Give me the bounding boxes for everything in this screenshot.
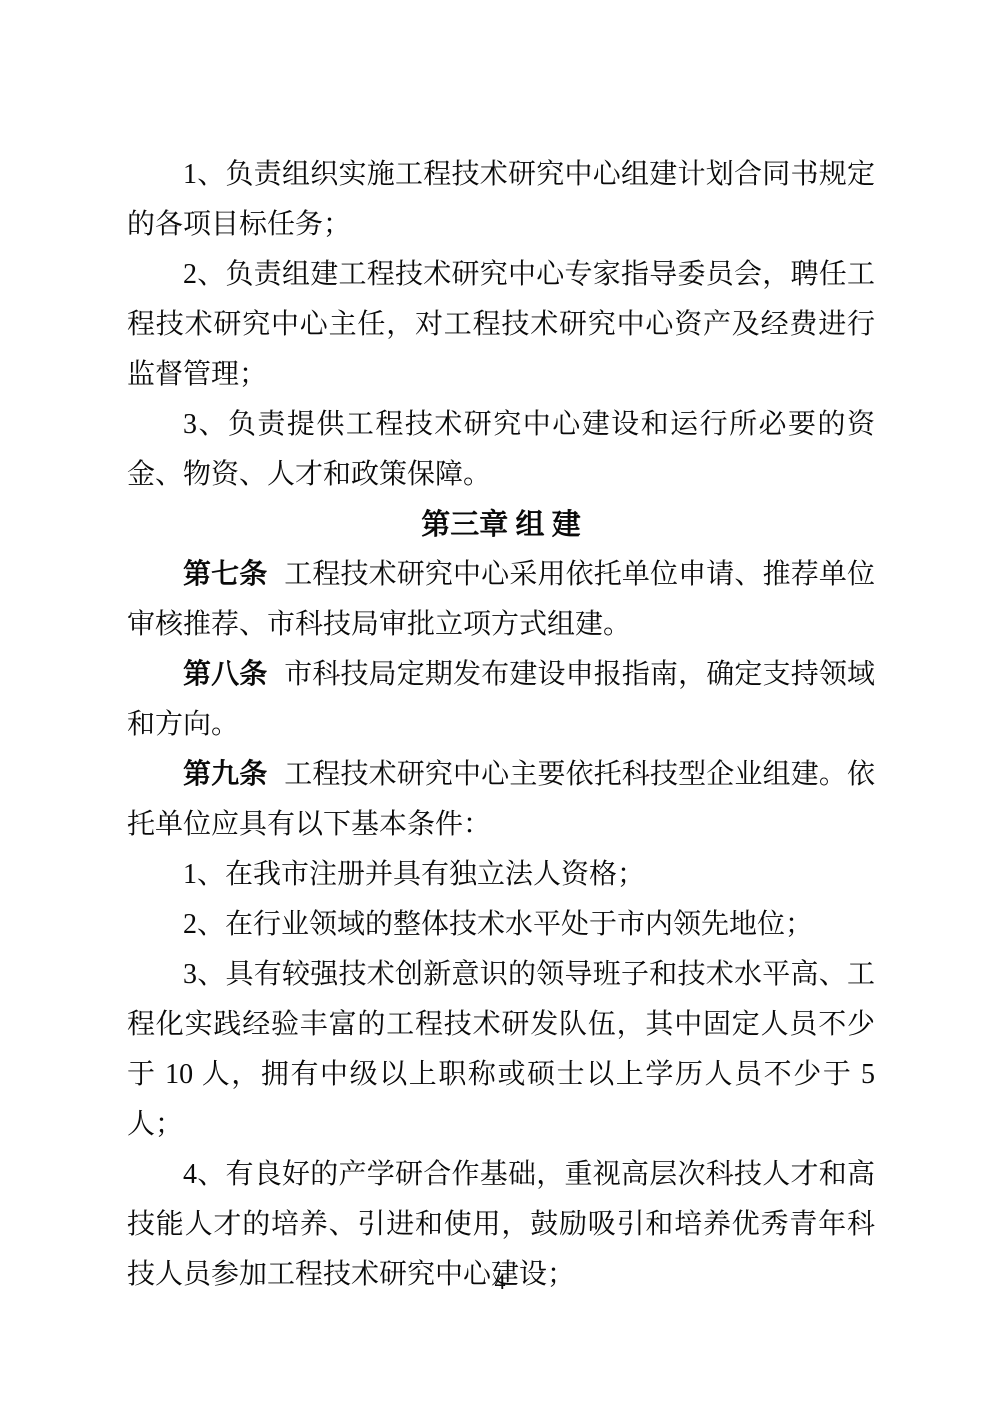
paragraph-duty-2: 2、负责组建工程技术研究中心专家指导委员会，聘任工程技术研究中心主任，对工程技术… [127, 250, 875, 400]
article-8-label: 第八条 [183, 659, 267, 690]
paragraph-duty-3: 3、负责提供工程技术研究中心建设和运行所必要的资金、物资、人才和政策保障。 [127, 400, 875, 500]
document-body: 1、负责组织实施工程技术研究中心组建计划合同书规定的各项目标任务； 2、负责组建… [127, 150, 875, 1300]
article-paragraph-8: 第八条市科技局定期发布建设申报指南，确定支持领域和方向。 [127, 650, 875, 750]
article-9-label: 第九条 [183, 759, 267, 790]
chapter-heading: 第三章 组 建 [127, 500, 875, 550]
article-paragraph-9: 第九条工程技术研究中心主要依托科技型企业组建。依托单位应具有以下基本条件： [127, 750, 875, 850]
paragraph-duty-1: 1、负责组织实施工程技术研究中心组建计划合同书规定的各项目标任务； [127, 150, 875, 250]
paragraph-condition-1: 1、在我市注册并具有独立法人资格； [127, 850, 875, 900]
page-number: 4 [0, 1268, 1000, 1296]
document-page: 1、负责组织实施工程技术研究中心组建计划合同书规定的各项目标任务； 2、负责组建… [0, 0, 1000, 1414]
article-7-label: 第七条 [183, 559, 267, 590]
article-paragraph-7: 第七条工程技术研究中心采用依托单位申请、推荐单位审核推荐、市科技局审批立项方式组… [127, 550, 875, 650]
paragraph-condition-3: 3、具有较强技术创新意识的领导班子和技术水平高、工程化实践经验丰富的工程技术研发… [127, 950, 875, 1150]
paragraph-condition-2: 2、在行业领域的整体技术水平处于市内领先地位； [127, 900, 875, 950]
